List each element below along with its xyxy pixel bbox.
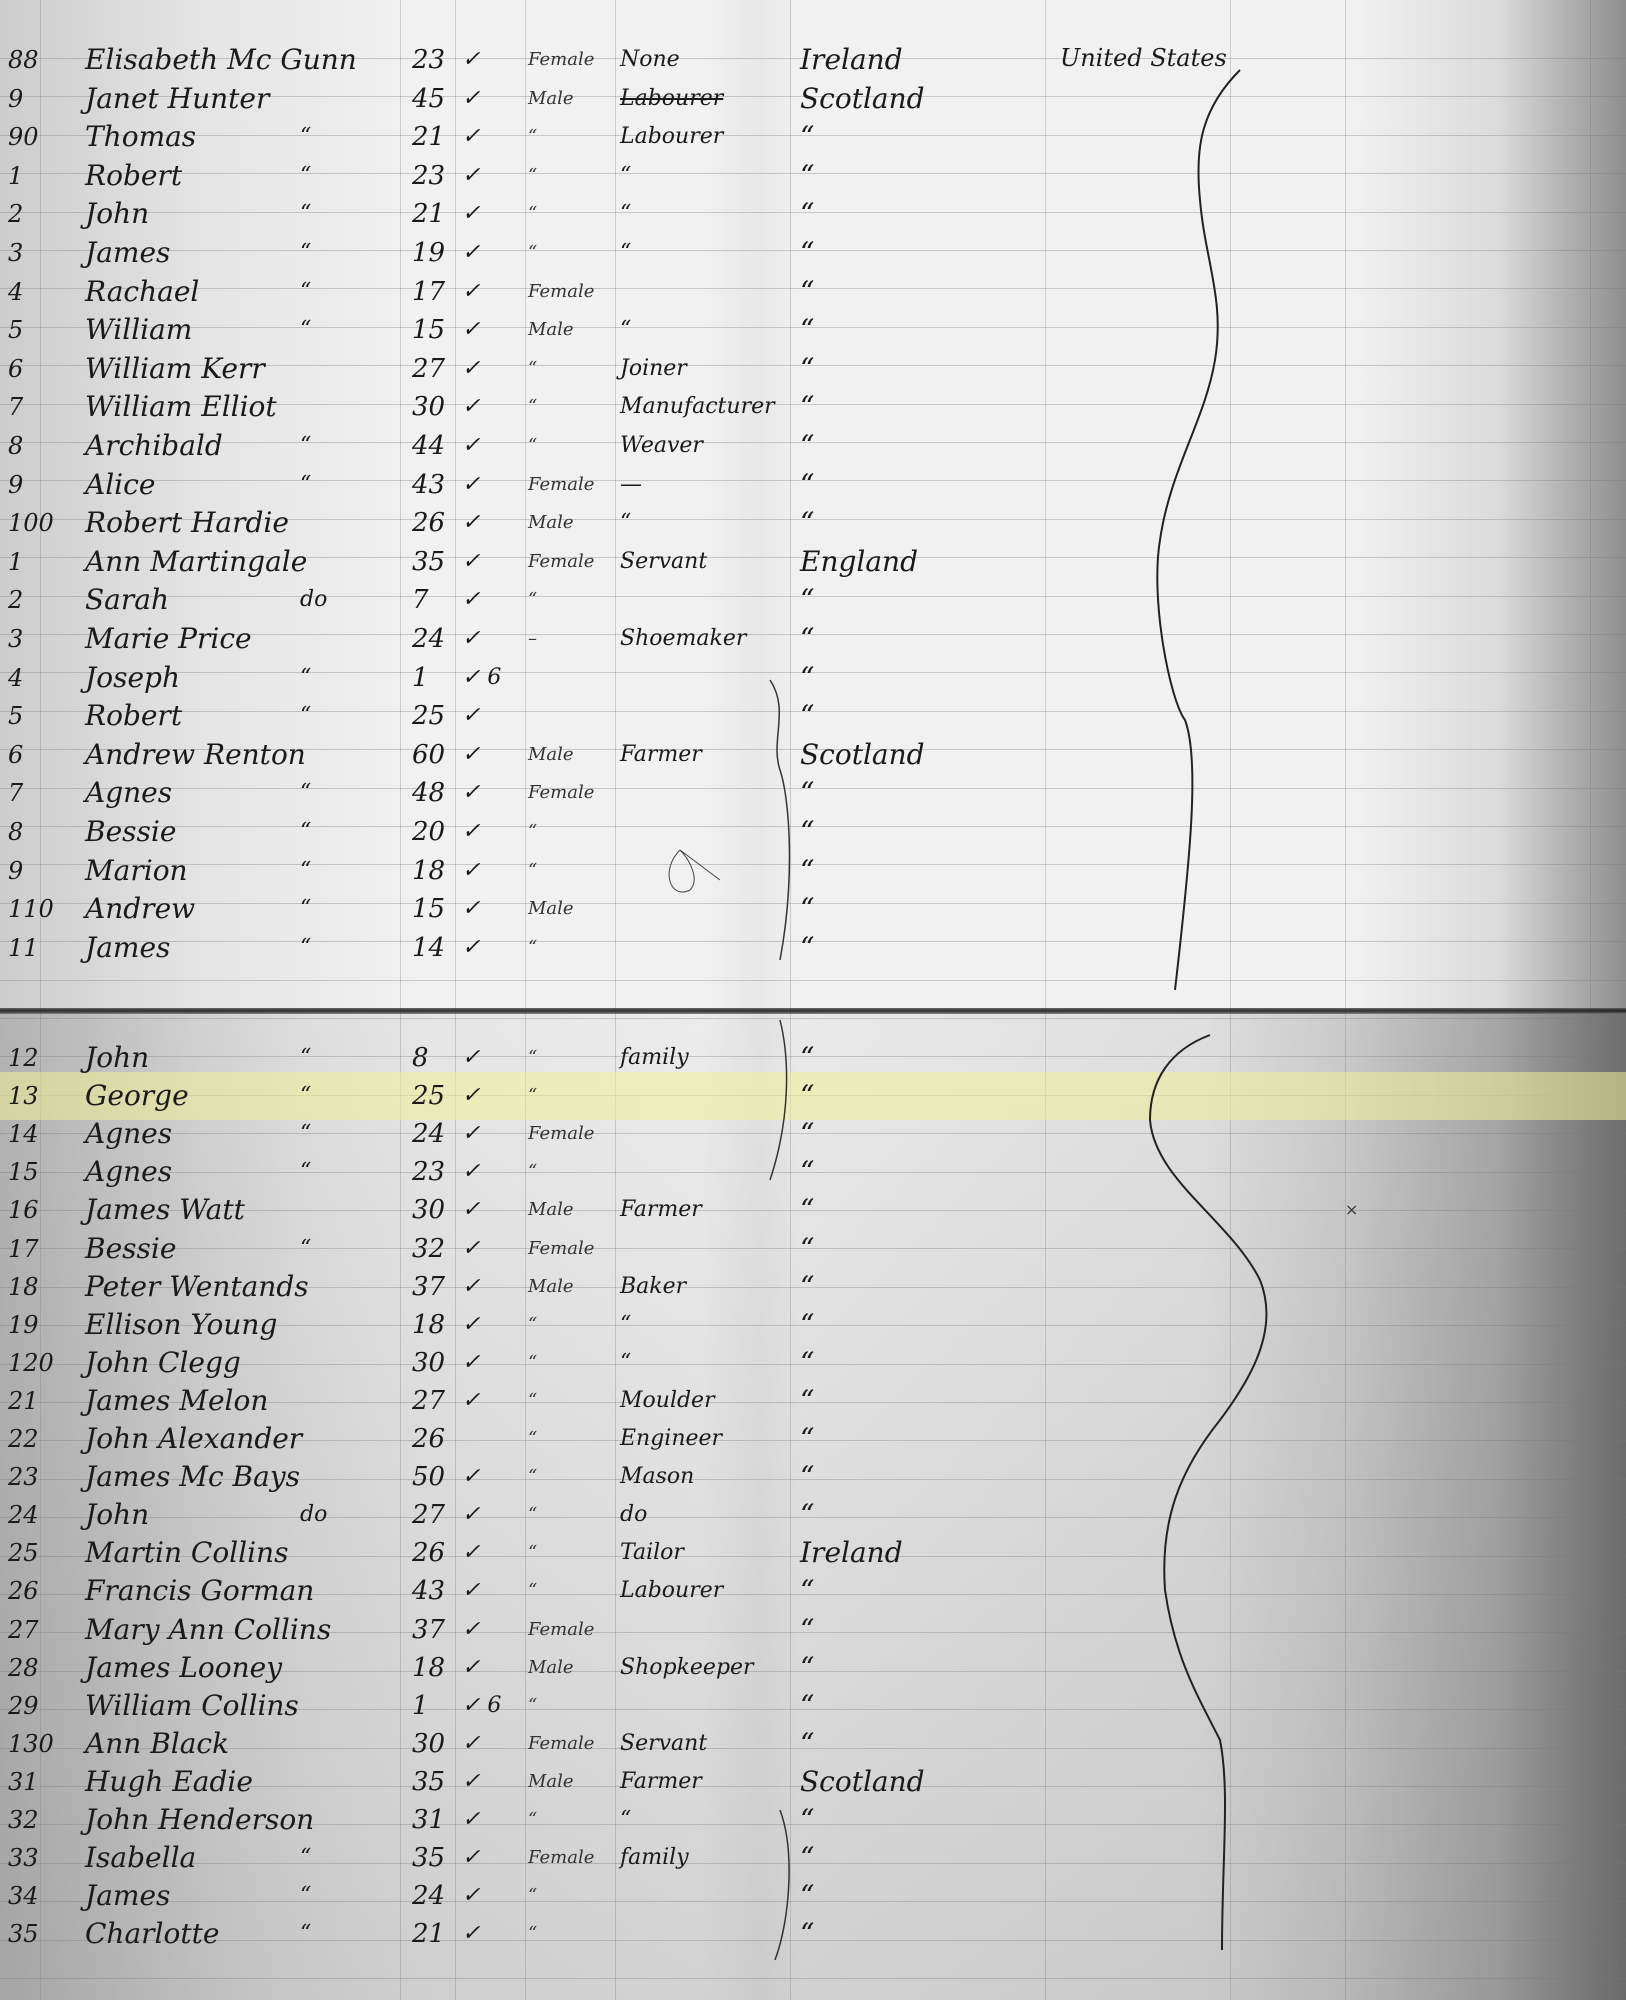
ledger-row: 13George25✓“““	[0, 1076, 1626, 1116]
passenger-name: Martin Collins	[85, 1533, 405, 1573]
passenger-name: John Clegg	[85, 1343, 405, 1383]
ledger-row: 100Robert Hardie26✓Male““	[0, 503, 1626, 543]
surname-ditto: “	[300, 1876, 340, 1916]
ledger-row: 34James24✓“““	[0, 1876, 1626, 1916]
passenger-name: William Collins	[85, 1686, 405, 1726]
sex: Female	[528, 542, 618, 582]
row-number: 88	[8, 40, 78, 80]
sex: “	[528, 1305, 618, 1345]
check-mark: ✓	[462, 619, 502, 659]
country: Ireland	[800, 1533, 990, 1573]
surname-ditto: “	[300, 1076, 340, 1116]
sex: “	[528, 1343, 618, 1383]
sex: “	[528, 1038, 618, 1078]
check-mark: ✓	[462, 349, 502, 389]
ledger-row: 32John Henderson31✓“““	[0, 1800, 1626, 1840]
check-mark: ✓	[462, 1571, 502, 1611]
check-mark: ✓	[462, 1800, 502, 1840]
country: Scotland	[800, 79, 990, 119]
ruled-line	[0, 1978, 1626, 1979]
row-number: 17	[8, 1229, 78, 1269]
check-mark: ✓	[462, 1114, 502, 1154]
ledger-row: 25Martin Collins26✓“TailorIreland	[0, 1533, 1626, 1573]
country: “	[800, 928, 990, 968]
ledger-row: 14Agnes24✓Female““	[0, 1114, 1626, 1154]
occupation: Farmer	[620, 1190, 800, 1230]
ledger-row: 28James Looney18✓MaleShopkeeper“	[0, 1648, 1626, 1688]
ledger-row: 8Archibald44✓“Weaver““	[0, 426, 1626, 466]
passenger-name: Bessie	[85, 1229, 405, 1269]
row-number: 29	[8, 1686, 78, 1726]
occupation: Moulder	[620, 1381, 800, 1421]
check-mark: ✓	[462, 194, 502, 234]
occupation: Manufacturer	[620, 387, 800, 427]
occupation: “	[620, 233, 800, 273]
country: “	[800, 812, 990, 852]
surname-ditto: “	[300, 1114, 340, 1154]
passenger-name: George	[85, 1076, 405, 1116]
ledger-row: 4Rachael17✓Female““	[0, 272, 1626, 312]
occupation: Servant	[620, 1724, 800, 1764]
row-number: 120	[8, 1343, 78, 1383]
country: England	[800, 542, 990, 582]
surname-ditto: “	[300, 1152, 340, 1192]
country: “	[800, 349, 990, 389]
sex: Male	[528, 79, 618, 119]
country: “	[800, 580, 990, 620]
check-mark: ✓	[462, 696, 502, 736]
country: “	[800, 1381, 990, 1421]
ledger-row: 12John8✓“family““	[0, 1038, 1626, 1078]
row-number: 26	[8, 1571, 78, 1611]
ledger-row: 1Robert23✓““““	[0, 156, 1626, 196]
check-mark: ✓	[462, 1762, 502, 1802]
row-number: 9	[8, 851, 78, 891]
ledger-row: 5William15✓Male“““	[0, 310, 1626, 350]
ledger-row: 15Agnes23✓“““	[0, 1152, 1626, 1192]
passenger-name: Thomas	[85, 117, 405, 157]
passenger-name: Sarah	[85, 580, 405, 620]
row-number: 24	[8, 1495, 78, 1535]
passenger-name: Robert Hardie	[85, 503, 405, 543]
ledger-row: 2John21✓““““	[0, 194, 1626, 234]
passenger-name: Joseph	[85, 658, 405, 698]
occupation: “	[620, 194, 800, 234]
country: “	[800, 1229, 990, 1269]
country: “	[800, 1838, 990, 1878]
sex: Female	[528, 40, 618, 80]
check-mark: ✓	[462, 1876, 502, 1916]
passenger-name: Elisabeth Mc Gunn	[85, 40, 405, 80]
ledger-row: 26Francis Gorman43✓“Labourer“	[0, 1571, 1626, 1611]
country: “	[800, 426, 990, 466]
country: “	[800, 696, 990, 736]
ledger-row: 9Janet Hunter45✓MaleLabourerScotland	[0, 79, 1626, 119]
country: “	[800, 1152, 990, 1192]
passenger-name: John	[85, 1495, 405, 1535]
check-mark: ✓	[462, 1457, 502, 1497]
ledger-row: 19Ellison Young18✓“““	[0, 1305, 1626, 1345]
surname-ditto: “	[300, 928, 340, 968]
passenger-name: James Looney	[85, 1648, 405, 1688]
row-number: 1	[8, 156, 78, 196]
check-mark: ✓	[462, 310, 502, 350]
ledger-row: 22John Alexander26“Engineer“	[0, 1419, 1626, 1459]
surname-ditto: do	[300, 580, 340, 620]
ledger-row: 23James Mc Bays50✓“Mason“	[0, 1457, 1626, 1497]
row-number: 27	[8, 1610, 78, 1650]
ledger-row: 31Hugh Eadie35✓MaleFarmerScotland	[0, 1762, 1626, 1802]
sex: “	[528, 117, 618, 157]
country: “	[800, 1686, 990, 1726]
row-number: 11	[8, 928, 78, 968]
row-number: 3	[8, 233, 78, 273]
country: “	[800, 889, 990, 929]
row-number: 7	[8, 387, 78, 427]
row-number: 33	[8, 1838, 78, 1878]
occupation: Labourer	[620, 117, 800, 157]
sex: Male	[528, 310, 618, 350]
sex: “	[528, 1876, 618, 1916]
check-mark: ✓	[462, 889, 502, 929]
occupation: family	[620, 1038, 800, 1078]
surname-ditto: do	[300, 1495, 340, 1535]
country: “	[800, 1343, 990, 1383]
sex: Female	[528, 1724, 618, 1764]
occupation: Labourer	[620, 1571, 800, 1611]
check-mark: ✓	[462, 1229, 502, 1269]
occupation: “	[620, 156, 800, 196]
surname-ditto: “	[300, 194, 340, 234]
ledger-row: 4Joseph1✓ 6““	[0, 658, 1626, 698]
passenger-name: Agnes	[85, 1114, 405, 1154]
ledger-row: 8Bessie20✓“““	[0, 812, 1626, 852]
check-mark: ✓	[462, 851, 502, 891]
check-mark: ✓	[462, 387, 502, 427]
passenger-name: Alice	[85, 465, 405, 505]
sex: Female	[528, 1114, 618, 1154]
check-mark: ✓	[462, 1267, 502, 1307]
passenger-name: Robert	[85, 156, 405, 196]
passenger-name: Agnes	[85, 773, 405, 813]
row-number: 21	[8, 1381, 78, 1421]
sex: Male	[528, 503, 618, 543]
surname-ditto: “	[300, 812, 340, 852]
check-mark: ✓	[462, 1190, 502, 1230]
sex: “	[528, 1495, 618, 1535]
ledger-row: 29William Collins1✓ 6““	[0, 1686, 1626, 1726]
sex: “	[528, 928, 618, 968]
country: “	[800, 773, 990, 813]
page-fold-line	[0, 1008, 1626, 1014]
occupation: “	[620, 310, 800, 350]
country: “	[800, 503, 990, 543]
check-mark: ✓	[462, 1305, 502, 1345]
check-mark: ✓	[462, 465, 502, 505]
country: “	[800, 1114, 990, 1154]
row-number: 8	[8, 426, 78, 466]
passenger-name: William Elliot	[85, 387, 405, 427]
row-number: 100	[8, 503, 78, 543]
surname-ditto: “	[300, 233, 340, 273]
country: Scotland	[800, 1762, 990, 1802]
passenger-name: John	[85, 194, 405, 234]
country: “	[800, 1914, 990, 1954]
surname-ditto: “	[300, 465, 340, 505]
check-mark: ✓	[462, 1610, 502, 1650]
row-number: 9	[8, 79, 78, 119]
check-mark: ✓ 6	[462, 1686, 502, 1726]
passenger-name: Janet Hunter	[85, 79, 405, 119]
country: “	[800, 272, 990, 312]
row-number: 110	[8, 889, 78, 929]
passenger-name: Marion	[85, 851, 405, 891]
passenger-name: Ann Martingale	[85, 542, 405, 582]
passenger-name: Bessie	[85, 812, 405, 852]
sex: Female	[528, 465, 618, 505]
sex: Male	[528, 889, 618, 929]
row-number: 8	[8, 812, 78, 852]
country: “	[800, 1305, 990, 1345]
ledger-row: 6Andrew Renton60✓MaleFarmerScotland	[0, 735, 1626, 775]
ledger-row: 18Peter Wentands37✓MaleBaker“	[0, 1267, 1626, 1307]
occupation: “	[620, 503, 800, 543]
sex: Male	[528, 1267, 618, 1307]
surname-ditto: “	[300, 117, 340, 157]
check-mark: ✓	[462, 735, 502, 775]
row-number: 5	[8, 310, 78, 350]
sex: Female	[528, 1838, 618, 1878]
country: “	[800, 194, 990, 234]
check-mark: ✓	[462, 1533, 502, 1573]
surname-ditto: “	[300, 889, 340, 929]
sex: “	[528, 387, 618, 427]
occupation: Shoemaker	[620, 619, 800, 659]
sex: “	[528, 426, 618, 466]
sex: “	[528, 1914, 618, 1954]
surname-ditto: “	[300, 156, 340, 196]
ledger-row: 2Sarah7✓““do	[0, 580, 1626, 620]
ledger-row: 9Marion18✓“““	[0, 851, 1626, 891]
row-number: 130	[8, 1724, 78, 1764]
check-mark: ✓	[462, 426, 502, 466]
sex: “	[528, 1381, 618, 1421]
ledger-row: 7William Elliot30✓“Manufacturer“	[0, 387, 1626, 427]
ledger-row: 130Ann Black30✓FemaleServant“	[0, 1724, 1626, 1764]
occupation: None	[620, 40, 800, 80]
ledger-row: 3Marie Price24✓–Shoemaker“	[0, 619, 1626, 659]
ruled-line	[0, 1018, 1626, 1019]
country: Scotland	[800, 735, 990, 775]
passenger-name: Rachael	[85, 272, 405, 312]
ledger-row: 6William Kerr27✓“Joiner“	[0, 349, 1626, 389]
sex: Female	[528, 272, 618, 312]
country: Ireland	[800, 40, 990, 80]
passenger-name: James	[85, 928, 405, 968]
row-number: 90	[8, 117, 78, 157]
surname-ditto: “	[300, 1838, 340, 1878]
surname-ditto: “	[300, 272, 340, 312]
check-mark: ✓	[462, 580, 502, 620]
passenger-name: Isabella	[85, 1838, 405, 1878]
passenger-name: Peter Wentands	[85, 1267, 405, 1307]
row-number: 19	[8, 1305, 78, 1345]
country: “	[800, 310, 990, 350]
country: “	[800, 1038, 990, 1078]
country: “	[800, 465, 990, 505]
passenger-name: John Alexander	[85, 1419, 405, 1459]
occupation: Shopkeeper	[620, 1648, 800, 1688]
sex: Female	[528, 773, 618, 813]
ledger-row: 27Mary Ann Collins37✓Female“	[0, 1610, 1626, 1650]
ledger-row: 88Elisabeth Mc Gunn23✓FemaleNoneIreland	[0, 40, 1626, 80]
sex: “	[528, 349, 618, 389]
row-number: 6	[8, 735, 78, 775]
sex: “	[528, 812, 618, 852]
check-mark: ✓	[462, 1724, 502, 1764]
check-mark: ✓	[462, 542, 502, 582]
occupation: Labourer	[620, 79, 800, 119]
ledger-row: 1Ann Martingale35✓FemaleServantEngland	[0, 542, 1626, 582]
sex: Female	[528, 1610, 618, 1650]
passenger-name: Andrew	[85, 889, 405, 929]
sex: –	[528, 619, 618, 659]
row-number: 25	[8, 1533, 78, 1573]
sex: “	[528, 1686, 618, 1726]
check-mark: ✓	[462, 156, 502, 196]
country: “	[800, 1419, 990, 1459]
sex: Male	[528, 1190, 618, 1230]
passenger-name: Ellison Young	[85, 1305, 405, 1345]
check-mark: ✓	[462, 117, 502, 157]
passenger-name: Francis Gorman	[85, 1571, 405, 1611]
sex: “	[528, 1457, 618, 1497]
sex: “	[528, 580, 618, 620]
ledger-row: 21James Melon27✓“Moulder“	[0, 1381, 1626, 1421]
ledger-row: 16James Watt30✓MaleFarmer“	[0, 1190, 1626, 1230]
sex: “	[528, 1800, 618, 1840]
row-number: 12	[8, 1038, 78, 1078]
row-number: 31	[8, 1762, 78, 1802]
occupation: —	[620, 465, 800, 505]
check-mark: ✓	[462, 1495, 502, 1535]
ledger-row: 35Charlotte21✓“““	[0, 1914, 1626, 1954]
occupation: do	[620, 1495, 800, 1535]
passenger-name: Ann Black	[85, 1724, 405, 1764]
surname-ditto: “	[300, 1038, 340, 1078]
row-number: 4	[8, 272, 78, 312]
passenger-name: Andrew Renton	[85, 735, 405, 775]
check-mark: ✓	[462, 773, 502, 813]
row-number: 16	[8, 1190, 78, 1230]
check-mark: ✓ 6	[462, 658, 502, 698]
country: “	[800, 1267, 990, 1307]
ledger-row: 33Isabella35✓Femalefamily““	[0, 1838, 1626, 1878]
sex: Female	[528, 1229, 618, 1269]
row-number: 32	[8, 1800, 78, 1840]
occupation: Farmer	[620, 735, 800, 775]
row-number: 6	[8, 349, 78, 389]
country: “	[800, 156, 990, 196]
check-mark: ✓	[462, 233, 502, 273]
check-mark: ✓	[462, 1838, 502, 1878]
check-mark: ✓	[462, 928, 502, 968]
ledger-row: 5Robert25✓““	[0, 696, 1626, 736]
sex: “	[528, 1419, 618, 1459]
row-number: 4	[8, 658, 78, 698]
row-number: 23	[8, 1457, 78, 1497]
sex: “	[528, 1533, 618, 1573]
row-number: 3	[8, 619, 78, 659]
sex: Male	[528, 1648, 618, 1688]
country: “	[800, 1876, 990, 1916]
country: “	[800, 117, 990, 157]
country: “	[800, 1190, 990, 1230]
occupation: Mason	[620, 1457, 800, 1497]
check-mark: ✓	[462, 1343, 502, 1383]
country: “	[800, 851, 990, 891]
occupation: Engineer	[620, 1419, 800, 1459]
surname-ditto: “	[300, 1229, 340, 1269]
row-number: 2	[8, 580, 78, 620]
check-mark: ✓	[462, 272, 502, 312]
age: 26	[412, 1419, 472, 1459]
passenger-name: James	[85, 233, 405, 273]
row-number: 22	[8, 1419, 78, 1459]
passenger-name: James Watt	[85, 1190, 405, 1230]
passenger-name: William	[85, 310, 405, 350]
row-number: 34	[8, 1876, 78, 1916]
ledger-row: 90Thomas21✓“Labourer““	[0, 117, 1626, 157]
occupation: Weaver	[620, 426, 800, 466]
country: “	[800, 1571, 990, 1611]
check-mark: ✓	[462, 40, 502, 80]
passenger-name: Mary Ann Collins	[85, 1610, 405, 1650]
surname-ditto: “	[300, 1914, 340, 1954]
sex: “	[528, 1076, 618, 1116]
ledger-row: 9Alice43✓Female—““	[0, 465, 1626, 505]
sex: Male	[528, 1762, 618, 1802]
surname-ditto: “	[300, 851, 340, 891]
passenger-name: Agnes	[85, 1152, 405, 1192]
ruled-line	[0, 980, 1626, 981]
ledger-row: 110Andrew15✓Male““	[0, 889, 1626, 929]
occupation: Baker	[620, 1267, 800, 1307]
passenger-name: Robert	[85, 696, 405, 736]
country: “	[800, 387, 990, 427]
row-number: 7	[8, 773, 78, 813]
passenger-name: John Henderson	[85, 1800, 405, 1840]
sex: Male	[528, 735, 618, 775]
occupation: “	[620, 1800, 800, 1840]
surname-ditto: “	[300, 426, 340, 466]
surname-ditto: “	[300, 658, 340, 698]
check-mark: ✓	[462, 1648, 502, 1688]
row-number: 35	[8, 1914, 78, 1954]
sex: “	[528, 1571, 618, 1611]
country: “	[800, 233, 990, 273]
country: “	[800, 1610, 990, 1650]
sex: “	[528, 851, 618, 891]
check-mark: ✓	[462, 1381, 502, 1421]
row-number: 1	[8, 542, 78, 582]
ledger-row: 3James19✓““““	[0, 233, 1626, 273]
passenger-name: Hugh Eadie	[85, 1762, 405, 1802]
check-mark: ✓	[462, 1038, 502, 1078]
ledger-row: 11James14✓“““	[0, 928, 1626, 968]
check-mark: ✓	[462, 503, 502, 543]
row-number: 9	[8, 465, 78, 505]
